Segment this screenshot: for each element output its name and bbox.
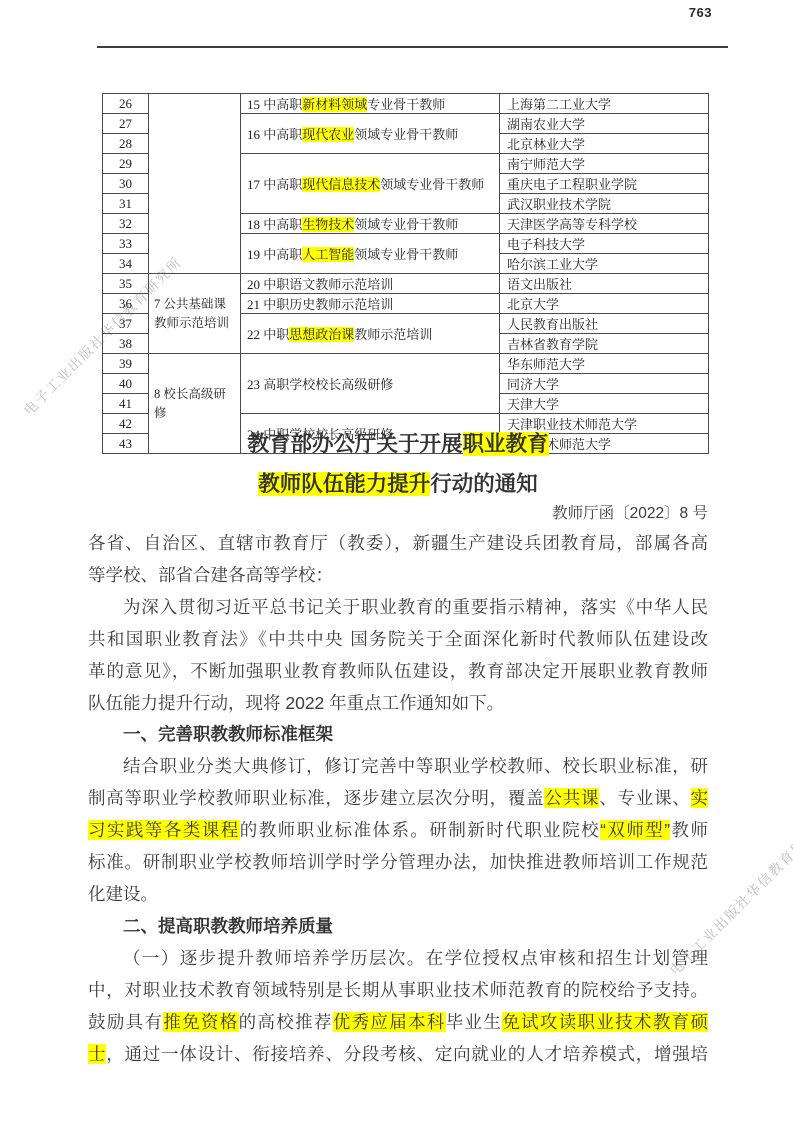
organization-cell: 吉林省教育学院 [500, 334, 709, 354]
text-run: 中，对职业技术教育领域特别是长期从事职业技术师范教育的院校给予支持。 [88, 980, 708, 1000]
document-number: 教师厅函〔2022〕8 号 [88, 501, 708, 523]
text-run: 毕业生 [446, 1012, 502, 1032]
organization-cell: 华东师范大学 [500, 354, 709, 374]
organization-cell: 同济大学 [500, 374, 709, 394]
table-row: 398 校长高级研修23 高职学校校长高级研修华东师范大学 [103, 354, 709, 374]
highlighted-text: 现代农业 [302, 127, 354, 142]
program-cell: 21 中职历史教师示范培训 [241, 294, 500, 314]
highlighted-text: 免试攻读职业技术教育硕 [502, 1012, 708, 1032]
program-cell: 17 中高职现代信息技术领域专业骨干教师 [241, 154, 500, 214]
organization-cell: 湖南农业大学 [500, 114, 709, 134]
section-heading: 一、完善职教教师标准框架 [88, 719, 708, 751]
text-run: 22 中职 [247, 327, 289, 342]
row-number-cell: 27 [103, 114, 149, 134]
organization-cell: 上海第二工业大学 [500, 94, 709, 114]
text-run: 专业骨干教师 [367, 97, 445, 112]
title-line-2: 教师队伍能力提升行动的通知 [88, 464, 708, 504]
highlighted-text: 生物技术 [302, 217, 354, 232]
row-number-cell: 39 [103, 354, 149, 374]
text-run: 领域专业骨干教师 [354, 127, 458, 142]
organization-cell: 重庆电子工程职业学院 [500, 174, 709, 194]
row-number-cell: 31 [103, 194, 149, 214]
organization-cell: 南宁师范大学 [500, 154, 709, 174]
row-number-cell: 41 [103, 394, 149, 414]
body-line: 等学校、部省合建各高等学校： [88, 560, 708, 592]
row-number-cell: 30 [103, 174, 149, 194]
highlighted-text: 士 [88, 1044, 106, 1064]
highlighted-text: 思想政治课 [289, 327, 354, 342]
text-run: 的高校推荐 [239, 1012, 333, 1032]
body-line: 制高等职业学校教师职业标准，逐步建立层次分明，覆盖公共课、专业课、实 [88, 783, 708, 815]
organization-cell: 人民教育出版社 [500, 314, 709, 334]
row-number-cell: 36 [103, 294, 149, 314]
body-line: 化建设。 [88, 879, 708, 911]
text-run: 结合职业分类大典修订，修订完善中等职业学校教师、校长职业标准，研 [123, 756, 708, 776]
text-run: 21 中职历史教师示范培训 [247, 297, 393, 312]
text-run: 化建设。 [88, 884, 158, 904]
text-run: 等学校、部省合建各高等学校： [88, 565, 333, 585]
body-line: 革的意见》，不断加强职业教育教师队伍建设，教育部决定开展职业教育教师 [88, 656, 708, 688]
row-number-cell: 32 [103, 214, 149, 234]
table-row: 2615 中高职新材料领域专业骨干教师上海第二工业大学 [103, 94, 709, 114]
row-number-cell: 33 [103, 234, 149, 254]
text-run: 20 中职语文教师示范培训 [247, 277, 393, 292]
text-run: 领域专业骨干教师 [354, 247, 458, 262]
highlighted-text: 职业教育 [463, 432, 549, 456]
body-text: 各省、自治区、直辖市教育厅（教委），新疆生产建设兵团教育局，部属各高等学校、部省… [88, 528, 708, 1070]
highlighted-text: 新材料领域 [302, 97, 367, 112]
text-run: 鼓励具有 [88, 1012, 163, 1032]
text-run: 15 中高职 [247, 97, 302, 112]
text-run: 革的意见》，不断加强职业教育教师队伍建设，教育部决定开展职业教育教师 [88, 661, 708, 681]
text-run: ，通过一体设计、衔接培养、分段考核、定向就业的人才培养模式，增强培 [106, 1044, 708, 1064]
training-table: 2615 中高职新材料领域专业骨干教师上海第二工业大学2716 中高职现代农业领… [102, 93, 709, 454]
text-run: 各省、自治区、直辖市教育厅（教委），新疆生产建设兵团教育局，部属各高 [88, 533, 708, 553]
text-run: （一）逐步提升教师培养学历层次。在学位授权点审核和招生计划管理 [123, 948, 708, 968]
organization-cell: 语文出版社 [500, 274, 709, 294]
text-run: 一、完善职教教师标准框架 [123, 724, 333, 744]
row-number-cell: 37 [103, 314, 149, 334]
body-line: 共和国职业教育法》《中共中央 国务院关于全面深化新时代教师队伍建设改 [88, 624, 708, 656]
text-run: 19 中高职 [247, 247, 302, 262]
organization-cell: 哈尔滨工业大学 [500, 254, 709, 274]
text-run: 教育部办公厅关于开展 [247, 432, 462, 456]
text-run: 为深入贯彻习近平总书记关于职业教育的重要指示精神，落实《中华人民 [123, 597, 708, 617]
text-run: 16 中高职 [247, 127, 302, 142]
highlighted-text: 推免资格 [163, 1012, 238, 1032]
program-cell: 22 中职思想政治课教师示范培训 [241, 314, 500, 354]
highlighted-text: 现代信息技术 [302, 177, 380, 192]
row-number-cell: 26 [103, 94, 149, 114]
body-line: 为深入贯彻习近平总书记关于职业教育的重要指示精神，落实《中华人民 [88, 592, 708, 624]
text-run: 二、提高职教教师培养质量 [123, 916, 333, 936]
header-rule [97, 46, 728, 48]
page-number: 763 [689, 5, 712, 20]
table-row: 357 公共基础课教师示范培训20 中职语文教师示范培训语文出版社 [103, 274, 709, 294]
row-number-cell: 38 [103, 334, 149, 354]
highlighted-text: 公共课 [544, 788, 599, 808]
text-run: 23 高职学校校长高级研修 [247, 377, 393, 392]
text-run: 队伍能力提升行动，现将 2022 年重点工作通知如下。 [88, 693, 504, 713]
organization-cell: 北京林业大学 [500, 134, 709, 154]
row-number-cell: 40 [103, 374, 149, 394]
text-run: 领域专业骨干教师 [380, 177, 484, 192]
body-line: 习实践等各类课程的教师职业标准体系。研制新时代职业院校“双师型”教师 [88, 815, 708, 847]
highlighted-text: 教师队伍能力提升 [258, 472, 430, 496]
body-line: 标准。研制职业学校教师培训学时学分管理办法，加快推进教师培训工作规范 [88, 847, 708, 879]
row-number-cell: 28 [103, 134, 149, 154]
training-table-body: 2615 中高职新材料领域专业骨干教师上海第二工业大学2716 中高职现代农业领… [103, 94, 709, 454]
document-title: 教育部办公厅关于开展职业教育 教师队伍能力提升行动的通知 [88, 424, 708, 504]
body-line: 结合职业分类大典修订，修订完善中等职业学校教师、校长职业标准，研 [88, 751, 708, 783]
category-cell [149, 94, 241, 274]
program-cell: 15 中高职新材料领域专业骨干教师 [241, 94, 500, 114]
highlighted-text: 习实践等各类课程 [88, 820, 240, 840]
text-run: 制高等职业学校教师职业标准，逐步建立层次分明，覆盖 [88, 788, 544, 808]
body-line: 各省、自治区、直辖市教育厅（教委），新疆生产建设兵团教育局，部属各高 [88, 528, 708, 560]
text-run: 领域专业骨干教师 [354, 217, 458, 232]
text-run: 行动的通知 [430, 472, 538, 496]
text-run: 教师示范培训 [354, 327, 432, 342]
text-run: 、专业课、 [599, 788, 690, 808]
text-run: 教师 [670, 820, 708, 840]
text-run: 标准。研制职业学校教师培训学时学分管理办法，加快推进教师培训工作规范 [88, 852, 708, 872]
body-line: 鼓励具有推免资格的高校推荐优秀应届本科毕业生免试攻读职业技术教育硕 [88, 1007, 708, 1039]
program-cell: 18 中高职生物技术领域专业骨干教师 [241, 214, 500, 234]
highlighted-text: 优秀应届本科 [333, 1012, 446, 1032]
row-number-cell: 35 [103, 274, 149, 294]
row-number-cell: 29 [103, 154, 149, 174]
organization-cell: 电子科技大学 [500, 234, 709, 254]
program-cell: 20 中职语文教师示范培训 [241, 274, 500, 294]
section-heading: 二、提高职教教师培养质量 [88, 911, 708, 943]
body-line: （一）逐步提升教师培养学历层次。在学位授权点审核和招生计划管理 [88, 943, 708, 975]
program-cell: 16 中高职现代农业领域专业骨干教师 [241, 114, 500, 154]
highlighted-text: 人工智能 [302, 247, 354, 262]
row-number-cell: 34 [103, 254, 149, 274]
category-cell: 7 公共基础课教师示范培训 [149, 274, 241, 354]
text-run: 的教师职业标准体系。研制新时代职业院校 [240, 820, 600, 840]
program-cell: 23 高职学校校长高级研修 [241, 354, 500, 414]
body-line: 队伍能力提升行动，现将 2022 年重点工作通知如下。 [88, 688, 708, 720]
program-cell: 19 中高职人工智能领域专业骨干教师 [241, 234, 500, 274]
organization-cell: 武汉职业技术学院 [500, 194, 709, 214]
body-line: 士，通过一体设计、衔接培养、分段考核、定向就业的人才培养模式，增强培 [88, 1039, 708, 1071]
text-run: 共和国职业教育法》《中共中央 国务院关于全面深化新时代教师队伍建设改 [88, 629, 708, 649]
title-line-1: 教育部办公厅关于开展职业教育 [88, 424, 708, 464]
text-run: 17 中高职 [247, 177, 302, 192]
highlighted-text: “双师型” [600, 820, 670, 840]
organization-cell: 天津医学高等专科学校 [500, 214, 709, 234]
highlighted-text: 实 [691, 788, 709, 808]
body-line: 中，对职业技术教育领域特别是长期从事职业技术师范教育的院校给予支持。 [88, 975, 708, 1007]
document-page: 763 电子工业出版社华信教育研究所 电子工业出版社华信教育研究所 2615 中… [0, 0, 793, 1122]
text-run: 18 中高职 [247, 217, 302, 232]
organization-cell: 天津大学 [500, 394, 709, 414]
organization-cell: 北京大学 [500, 294, 709, 314]
